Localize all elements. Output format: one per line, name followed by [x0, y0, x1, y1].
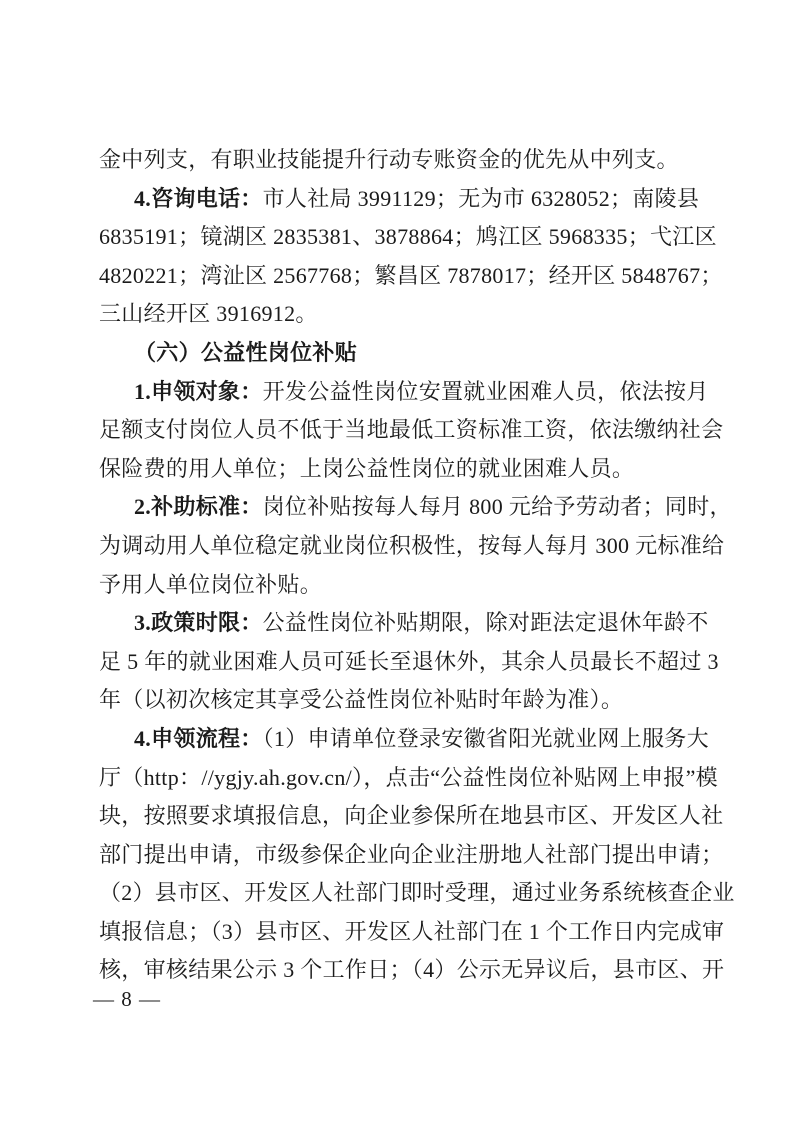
text-line-10: 2.补助标准：岗位补贴按每人每月 800 元给予劳动者；同时， [99, 488, 699, 527]
document-page: 金中列支，有职业技能提升行动专账资金的优先从中列支。4.咨询电话：市人社局 39… [0, 0, 793, 1122]
bold-label: （六）公益性岗位补贴 [134, 340, 357, 365]
body-text: 岗位补贴按每人每月 800 元给予劳动者；同时， [263, 494, 732, 519]
body-text: 核，审核结果公示 3 个工作日；（4）公示无异议后，县市区、开 [99, 957, 724, 982]
text-line-13: 3.政策时限：公益性岗位补贴期限，除对距法定退休年龄不 [99, 604, 699, 643]
body-text: 足 5 年的就业困难人员可延长至退休外，其余人员最长不超过 3 [99, 649, 719, 674]
body-text: 市人社局 3991129；无为市 6328052；南陵县 [263, 186, 700, 211]
body-text: 厅（http：//ygjy.ah.gov.cn/），点击“公益性岗位补贴网上申报… [99, 765, 718, 790]
body-text: 6835191；镜湖区 2835381、3878864；鸠江区 5968335；… [99, 224, 717, 249]
body-text: 4820221；湾沚区 2567768；繁昌区 7878017；经开区 5848… [99, 263, 723, 288]
text-line-18: 块，按照要求填报信息，向企业参保所在地县市区、开发区人社 [99, 797, 699, 836]
text-line-21: 填报信息；（3）县市区、开发区人社部门在 1 个工作日内完成审 [99, 913, 699, 952]
document-body: 金中列支，有职业技能提升行动专账资金的优先从中列支。4.咨询电话：市人社局 39… [99, 141, 699, 990]
body-text: 开发公益性岗位安置就业困难人员，依法按月 [263, 379, 709, 404]
text-line-5: 三山经开区 3916912。 [99, 295, 699, 334]
body-text: 块，按照要求填报信息，向企业参保所在地县市区、开发区人社 [99, 803, 723, 828]
text-line-6: （六）公益性岗位补贴 [99, 334, 699, 373]
body-text: 为调动用人单位稳定就业岗位积极性，按每人每月 300 元标准给 [99, 533, 724, 558]
body-text: 年（以初次核定其享受公益性岗位补贴时年龄为准）。 [99, 687, 623, 712]
text-line-8: 足额支付岗位人员不低于当地最低工资标准工资，依法缴纳社会 [99, 411, 699, 450]
body-text: 部门提出申请，市级参保企业向企业注册地人社部门提出申请； [99, 842, 723, 867]
bold-label: 4.咨询电话： [134, 186, 263, 211]
text-line-22: 核，审核结果公示 3 个工作日；（4）公示无异议后，县市区、开 [99, 951, 699, 990]
text-line-2: 4.咨询电话：市人社局 3991129；无为市 6328052；南陵县 [99, 180, 699, 219]
body-text: 公益性岗位补贴期限，除对距法定退休年龄不 [263, 610, 709, 635]
text-line-1: 金中列支，有职业技能提升行动专账资金的优先从中列支。 [99, 141, 699, 180]
text-line-17: 厅（http：//ygjy.ah.gov.cn/），点击“公益性岗位补贴网上申报… [99, 759, 699, 798]
text-line-15: 年（以初次核定其享受公益性岗位补贴时年龄为准）。 [99, 681, 699, 720]
body-text: 三山经开区 3916912。 [99, 301, 318, 326]
text-line-7: 1.申领对象：开发公益性岗位安置就业困难人员，依法按月 [99, 373, 699, 412]
bold-label: 3.政策时限： [134, 610, 263, 635]
text-line-16: 4.申领流程：（1）申请单位登录安徽省阳光就业网上服务大 [99, 720, 699, 759]
bold-label: 4.申领流程： [134, 726, 263, 751]
text-line-9: 保险费的用人单位；上岗公益性岗位的就业困难人员。 [99, 450, 699, 489]
page-number: — 8 — [93, 984, 161, 1014]
body-text: （2）县市区、开发区人社部门即时受理，通过业务系统核查企业 [99, 880, 735, 905]
bold-label: 2.补助标准： [134, 494, 263, 519]
text-line-14: 足 5 年的就业困难人员可延长至退休外，其余人员最长不超过 3 [99, 643, 699, 682]
text-line-19: 部门提出申请，市级参保企业向企业注册地人社部门提出申请； [99, 836, 699, 875]
body-text: 填报信息；（3）县市区、开发区人社部门在 1 个工作日内完成审 [99, 919, 724, 944]
text-line-3: 6835191；镜湖区 2835381、3878864；鸠江区 5968335；… [99, 218, 699, 257]
body-text: （1）申请单位登录安徽省阳光就业网上服务大 [263, 726, 709, 751]
body-text: 金中列支，有职业技能提升行动专账资金的优先从中列支。 [99, 147, 679, 172]
text-line-11: 为调动用人单位稳定就业岗位积极性，按每人每月 300 元标准给 [99, 527, 699, 566]
text-line-12: 予用人单位岗位补贴。 [99, 566, 699, 605]
body-text: 予用人单位岗位补贴。 [99, 572, 322, 597]
bold-label: 1.申领对象： [134, 379, 263, 404]
text-line-20: （2）县市区、开发区人社部门即时受理，通过业务系统核查企业 [99, 874, 699, 913]
text-line-4: 4820221；湾沚区 2567768；繁昌区 7878017；经开区 5848… [99, 257, 699, 296]
body-text: 足额支付岗位人员不低于当地最低工资标准工资，依法缴纳社会 [99, 417, 723, 442]
body-text: 保险费的用人单位；上岗公益性岗位的就业困难人员。 [99, 456, 634, 481]
